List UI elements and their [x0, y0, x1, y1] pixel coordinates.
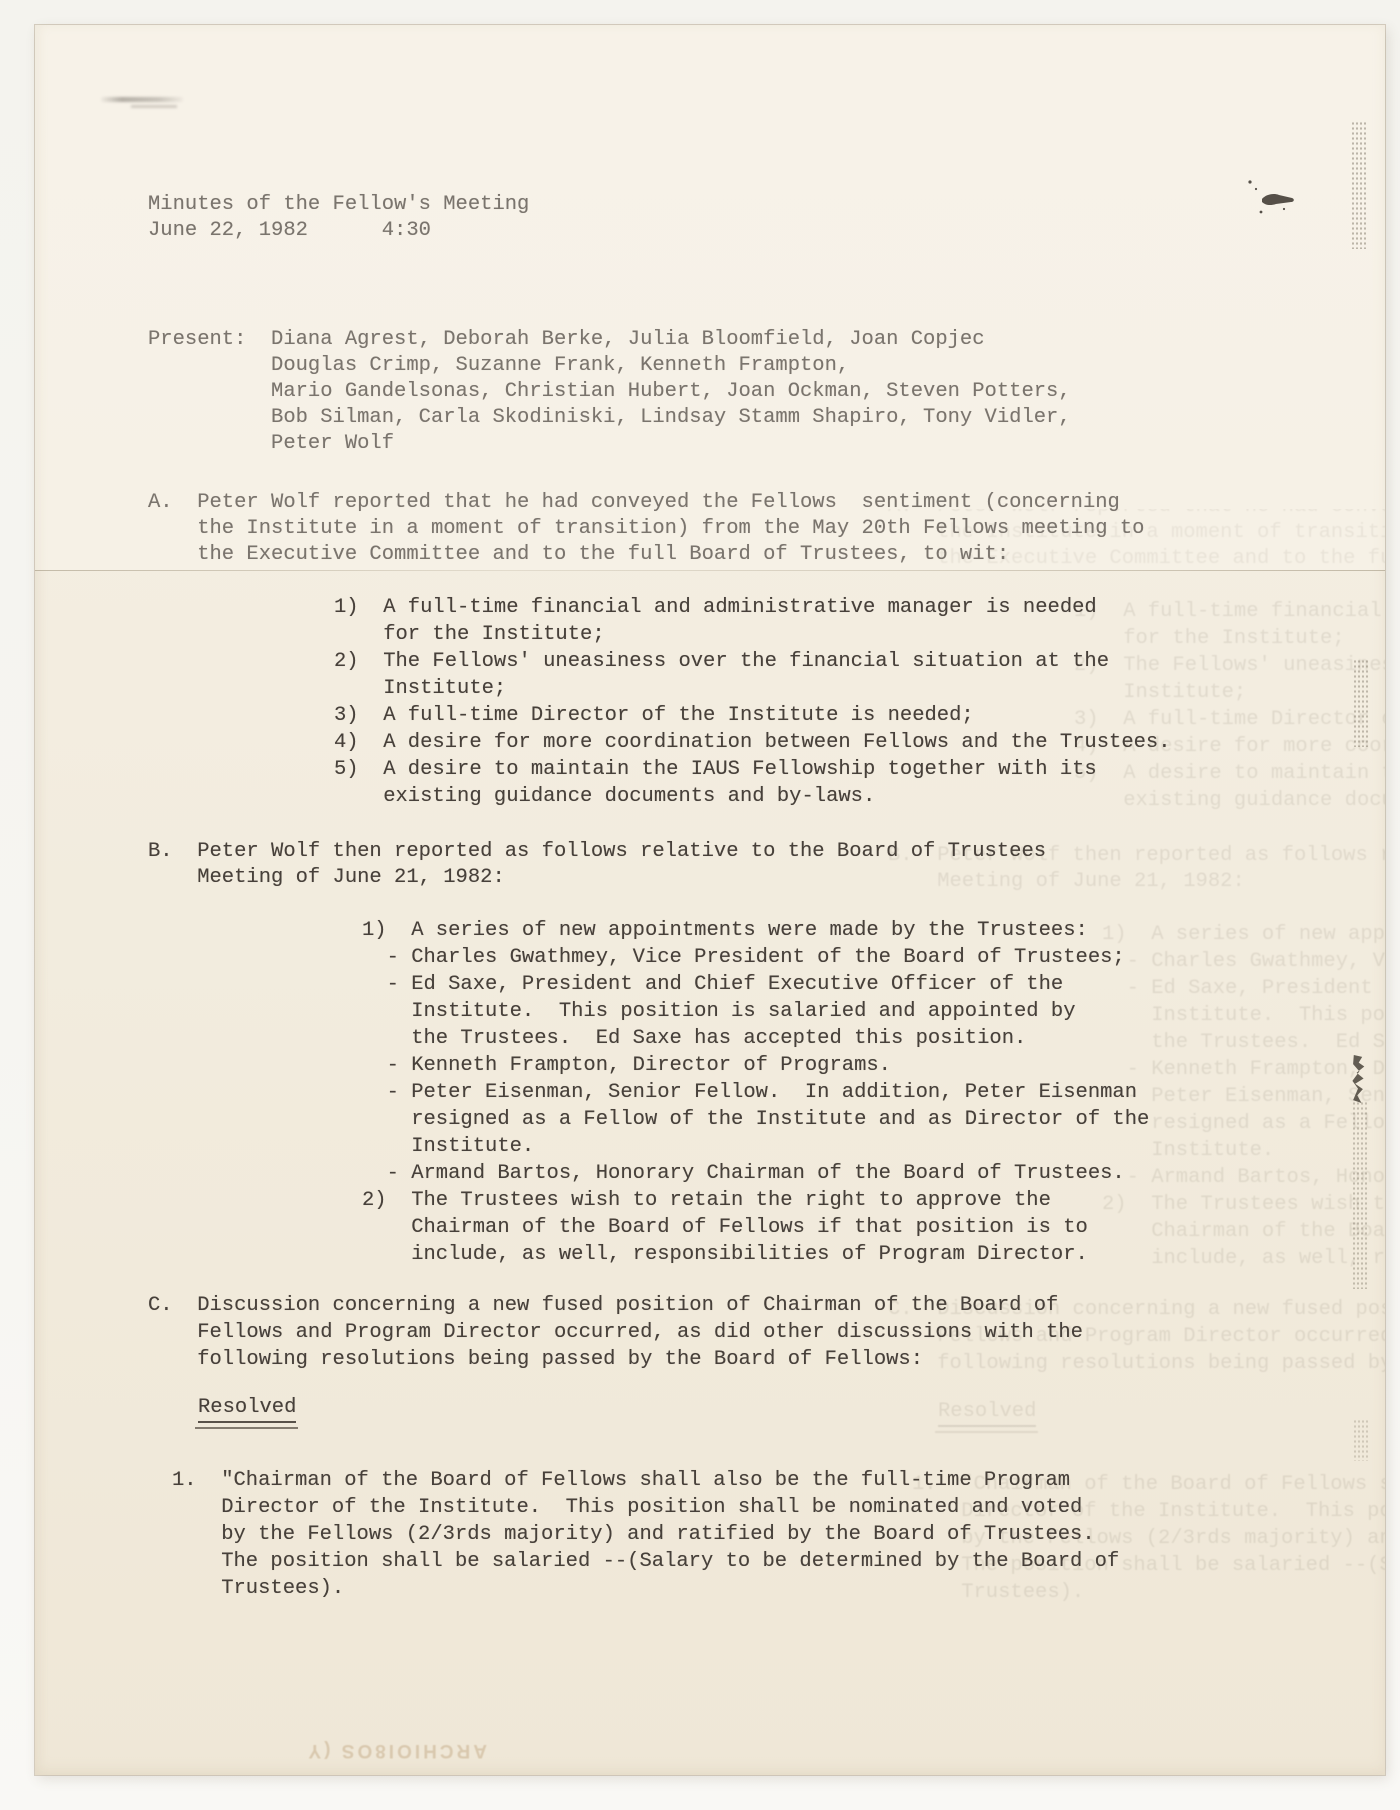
text-line: - Kenneth Frampton, Director of Programs… [362, 1052, 1149, 1079]
text-line: - Peter Eisenman, Senior Fellow. In addi… [362, 1079, 1149, 1106]
text-line: 1) A full-time financial and administrat… [334, 594, 1171, 621]
fold-crease-line [35, 570, 1385, 571]
text-line: C. Discussion concerning a new fused pos… [148, 1292, 1083, 1319]
typed-content: Minutes of the Fellow's MeetingJune 22, … [35, 25, 1385, 1775]
text-line: Meeting of June 21, 1982: [148, 865, 1046, 891]
scanned-document: { "document": { "header": { "lines": [ "… [0, 0, 1400, 1810]
document-page: Minutes of the Fellow's MeetingJune 22, … [35, 25, 1385, 1775]
text-line: following resolutions being passed by th… [148, 1346, 1083, 1373]
text-line: - Charles Gwathmey, Vice President of th… [362, 944, 1149, 971]
section-a-paragraph: A. Peter Wolf reported that he had conve… [148, 490, 1144, 568]
text-line: 5) A desire to maintain the IAUS Fellows… [334, 756, 1171, 783]
text-line: B. Peter Wolf then reported as follows r… [148, 839, 1046, 865]
text-line: Douglas Crimp, Suzanne Frank, Kenneth Fr… [148, 353, 1071, 379]
text-line: 1. "Chairman of the Board of Fellows sha… [172, 1467, 1119, 1494]
text-line: for the Institute; [334, 621, 1171, 648]
text-line: by the Fellows (2/3rds majority) and rat… [172, 1521, 1119, 1548]
staple-smudge-mark [101, 97, 183, 102]
present-attendees-block: Present: Diana Agrest, Deborah Berke, Ju… [148, 327, 1071, 457]
text-line: 4) A desire for more coordination betwee… [334, 729, 1171, 756]
text-line: resigned as a Fellow of the Institute an… [362, 1106, 1149, 1133]
text-line: The position shall be salaried --(Salary… [172, 1548, 1119, 1575]
resolved-heading-text: Resolved [198, 1396, 296, 1423]
text-line: existing guidance documents and by-laws. [334, 783, 1171, 810]
staple-smudge-mark [131, 105, 177, 108]
resolved-second-underline [195, 1427, 298, 1429]
text-line: A. Peter Wolf reported that he had conve… [148, 490, 1144, 516]
text-line: - Ed Saxe, President and Chief Executive… [362, 971, 1149, 998]
text-line: Mario Gandelsonas, Christian Hubert, Joa… [148, 379, 1071, 405]
section-c-paragraph: C. Discussion concerning a new fused pos… [148, 1292, 1083, 1373]
text-line: Trustees). [172, 1575, 1119, 1602]
text-line: the Institute in a moment of transition)… [148, 516, 1144, 542]
edge-halftone-dots [1353, 1419, 1369, 1461]
text-line: Peter Wolf [148, 431, 1071, 457]
text-line: Chairman of the Board of Fellows if that… [362, 1214, 1149, 1241]
text-line: 2) The Fellows' uneasiness over the fina… [334, 648, 1171, 675]
text-line: June 22, 1982 4:30 [148, 218, 529, 244]
resolved-heading: Resolved [198, 1396, 296, 1423]
edge-halftone-dots [1351, 121, 1367, 249]
text-line: Institute; [334, 675, 1171, 702]
text-line: Director of the Institute. This position… [172, 1494, 1119, 1521]
section-a-numbered-list: 1) A full-time financial and administrat… [334, 594, 1171, 810]
text-line: - Armand Bartos, Honorary Chairman of th… [362, 1160, 1149, 1187]
text-line: the Executive Committee and to the full … [148, 542, 1144, 568]
text-line: 1) A series of new appointments were mad… [362, 917, 1149, 944]
bleedthrough-stamp-text: ARCHIOI8OS (Y [297, 1731, 487, 1761]
edge-halftone-dots [1352, 1101, 1368, 1289]
text-line: 2) The Trustees wish to retain the right… [362, 1187, 1149, 1214]
section-b-paragraph: B. Peter Wolf then reported as follows r… [148, 839, 1046, 891]
text-line: Minutes of the Fellow's Meeting [148, 192, 529, 218]
resolution-1-paragraph: 1. "Chairman of the Board of Fellows sha… [172, 1467, 1119, 1602]
text-line: Fellows and Program Director occurred, a… [148, 1319, 1083, 1346]
pen-ink-blot [1240, 175, 1300, 221]
text-line: Present: Diana Agrest, Deborah Berke, Ju… [148, 327, 1071, 353]
text-line: include, as well, responsibilities of Pr… [362, 1241, 1149, 1268]
document-header: Minutes of the Fellow's MeetingJune 22, … [148, 192, 529, 244]
section-b-numbered-list: 1) A series of new appointments were mad… [362, 917, 1149, 1268]
text-line: the Trustees. Ed Saxe has accepted this … [362, 1025, 1149, 1052]
text-line: 3) A full-time Director of the Institute… [334, 702, 1171, 729]
edge-halftone-dots [1353, 659, 1369, 747]
text-line: Institute. This position is salaried and… [362, 998, 1149, 1025]
text-line: Bob Silman, Carla Skodiniski, Lindsay St… [148, 405, 1071, 431]
text-line: Institute. [362, 1133, 1149, 1160]
